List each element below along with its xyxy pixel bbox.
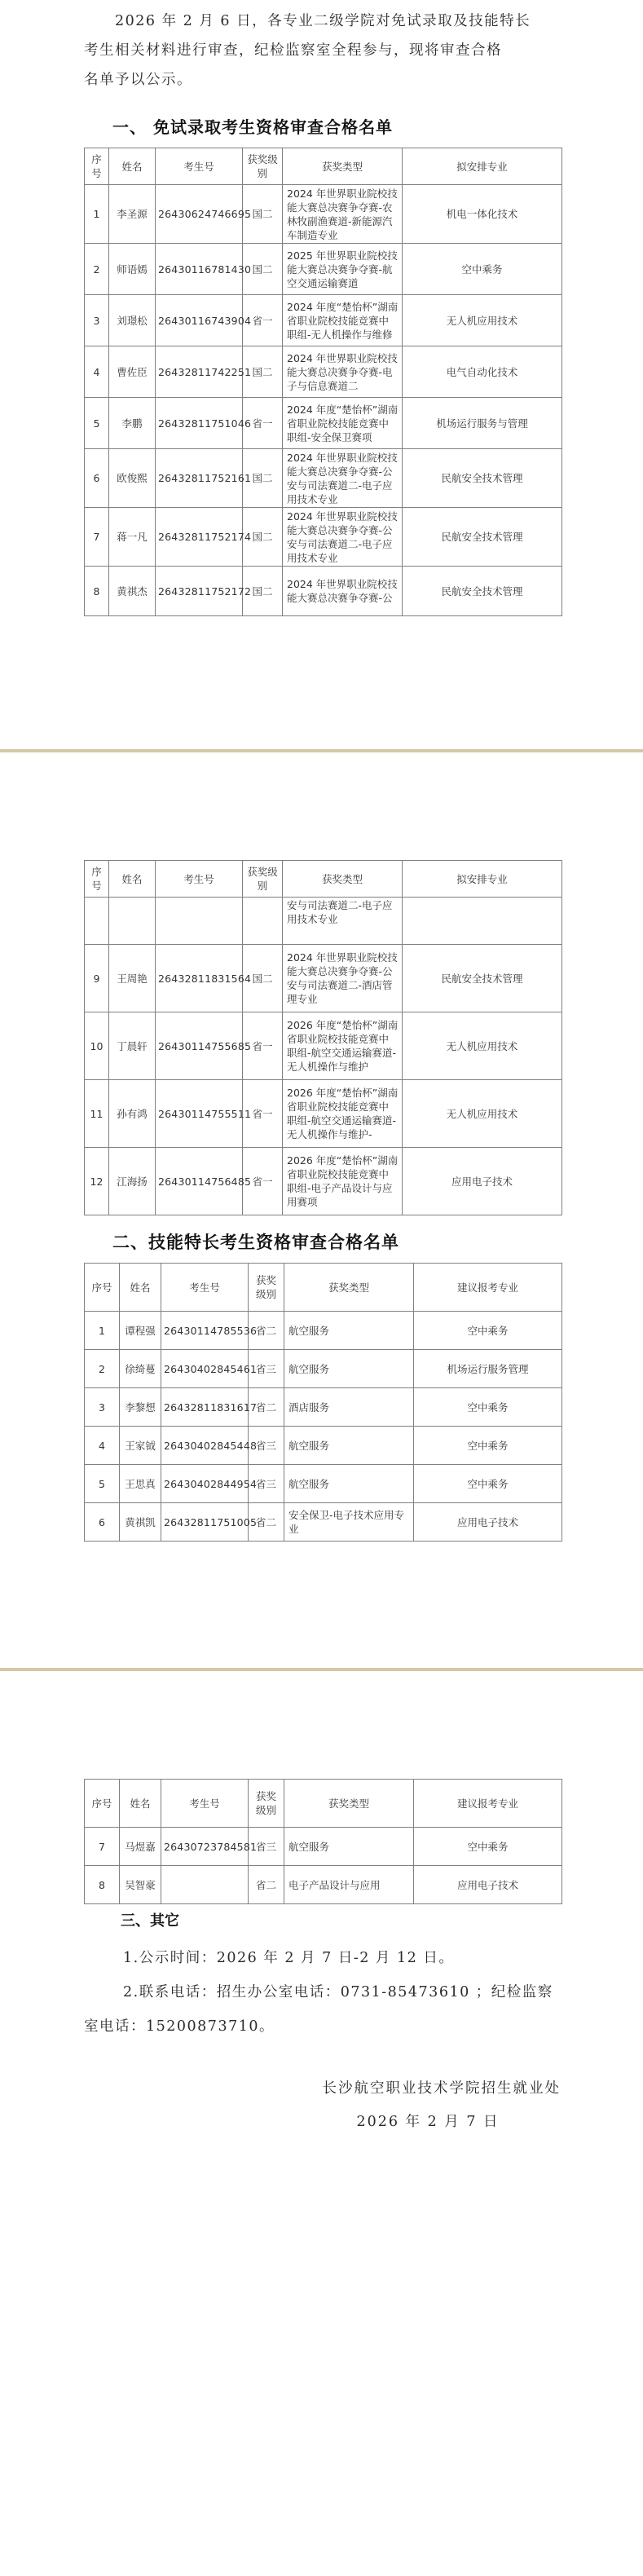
cell-name: 刘璟松 — [109, 295, 156, 346]
cell-major: 电气自动化技术 — [403, 346, 562, 398]
table-row: 7 马煜嘉 26430723784581 省三 航空服务 空中乘务 — [85, 1828, 562, 1866]
cell-award: 航空服务 — [284, 1427, 414, 1465]
table-row: 7 蒋一凡 26432811752174 国二 2024 年世界职业院校技能大赛… — [85, 508, 562, 567]
cell-level: 省二 — [249, 1866, 284, 1904]
cell-award: 2024 年世界职业院校技能大赛总决赛争夺赛-公安与司法赛道二-电子应用技术专业 — [283, 449, 403, 508]
cell-no: 1 — [85, 1312, 120, 1350]
cell-major: 应用电子技术 — [403, 1148, 562, 1215]
cell-id — [161, 1866, 249, 1904]
cell-no: 1 — [85, 185, 109, 244]
header-name: 姓名 — [109, 861, 156, 898]
intro-line-1: 2026 年 2 月 6 日，各专业二级学院对免试录取及技能特长 — [84, 7, 573, 36]
cell-id: 26432811742251 — [156, 346, 243, 398]
cell-name: 马煜嘉 — [120, 1828, 161, 1866]
cell-name: 曹佐臣 — [109, 346, 156, 398]
section2-table-continued: 序号 姓名 考生号 获奖级别 获奖类型 建议报考专业 7 马煜嘉 2643072… — [84, 1779, 562, 1904]
cell-award: 安与司法赛道二-电子应用技术专业 — [283, 898, 403, 945]
section3-body: 1.公示时间：2026 年 2 月 7 日-2 月 12 日。 2.联系电话：招… — [84, 1941, 573, 2044]
header-award: 获奖类型 — [283, 148, 403, 185]
cell-award: 2026 年度“楚怡杯”湖南省职业院校技能竞赛中职组-航空交通运输赛道-无人机操… — [283, 1012, 403, 1080]
cell-no: 9 — [85, 945, 109, 1012]
signature-date: 2026 年 2 月 7 日 — [338, 2112, 517, 2132]
cell-award: 2026 年度“楚怡杯”湖南省职业院校技能竞赛中职组-航空交通运输赛道-无人机操… — [283, 1080, 403, 1148]
table-row: 9 王周艳 26432811831564 国二 2024 年世界职业院校技能大赛… — [85, 945, 562, 1012]
cell-name: 谭程强 — [120, 1312, 161, 1350]
cell-id: 26432811831617 — [161, 1388, 249, 1427]
cell-id: 26432811751046 — [156, 398, 243, 449]
table-row: 1 谭程强 26430114785536 省二 航空服务 空中乘务 — [85, 1312, 562, 1350]
intro-line-2: 考生相关材料进行审查，纪检监察室全程参与，现将审查合格 — [84, 36, 573, 65]
cell-major: 民航安全技术管理 — [403, 567, 562, 616]
cell-name: 王思真 — [120, 1465, 161, 1503]
cell-id: 26430116781430 — [156, 244, 243, 295]
cell-award: 航空服务 — [284, 1350, 414, 1388]
header-level: 获奖级别 — [249, 1780, 284, 1828]
table-row: 11 孙有鸿 26430114755511 省一 2026 年度“楚怡杯”湖南省… — [85, 1080, 562, 1148]
cell-award: 2024 年世界职业院校技能大赛总决赛争夺赛-公安与司法赛道二-酒店管理专业 — [283, 945, 403, 1012]
cell-no — [85, 898, 109, 945]
notice-period: 1.公示时间：2026 年 2 月 7 日-2 月 12 日。 — [84, 1941, 573, 1975]
header-level: 获奖级别 — [243, 861, 283, 898]
cell-no: 5 — [85, 1465, 120, 1503]
cell-major: 空中乘务 — [403, 244, 562, 295]
header-name: 姓名 — [120, 1264, 161, 1312]
cell-major: 空中乘务 — [414, 1388, 562, 1427]
cell-level — [243, 898, 283, 945]
cell-major: 空中乘务 — [414, 1828, 562, 1866]
header-no: 序号 — [85, 861, 109, 898]
table-header-row: 序号 姓名 考生号 获奖级别 获奖类型 拟安排专业 — [85, 861, 562, 898]
cell-name: 黄祺杰 — [109, 567, 156, 616]
header-id: 考生号 — [161, 1780, 249, 1828]
cell-major: 应用电子技术 — [414, 1503, 562, 1542]
cell-id: 26430114785536 — [161, 1312, 249, 1350]
cell-name: 李圣源 — [109, 185, 156, 244]
cell-id: 26430114755511 — [156, 1080, 243, 1148]
cell-name: 李鹏 — [109, 398, 156, 449]
cell-id: 26432811751005 — [161, 1503, 249, 1542]
header-id: 考生号 — [156, 861, 243, 898]
section1-table: 序号 姓名 考生号 获奖级别 获奖类型 拟安排专业 1 李圣源 26430624… — [84, 148, 562, 616]
cell-id: 26432811752161 — [156, 449, 243, 508]
contact-line-1: 2.联系电话：招生办公室电话：0731-85473610 ；纪检监察 — [84, 1975, 573, 2009]
section1-table-continued: 序号 姓名 考生号 获奖级别 获奖类型 拟安排专业 安与司法赛道二-电子应用技术… — [84, 860, 562, 1215]
header-name: 姓名 — [120, 1780, 161, 1828]
header-no: 序号 — [85, 1264, 120, 1312]
header-level: 获奖级别 — [249, 1264, 284, 1312]
header-major: 拟安排专业 — [403, 148, 562, 185]
cell-award: 2024 年世界职业院校技能大赛总决赛争夺赛-农林牧副渔赛道-新能源汽车制造专业 — [283, 185, 403, 244]
cell-id — [156, 898, 243, 945]
cell-id: 26430402844954 — [161, 1465, 249, 1503]
cell-major: 无人机应用技术 — [403, 1012, 562, 1080]
header-award: 获奖类型 — [283, 861, 403, 898]
cell-no: 6 — [85, 449, 109, 508]
page-break-2 — [0, 1668, 643, 1671]
cell-name: 黄祺凯 — [120, 1503, 161, 1542]
table-row: 8 黄祺杰 26432811752172 国二 2024 年世界职业院校技能大赛… — [85, 567, 562, 616]
table-row: 2 徐绮蔓 26430402845461 省三 航空服务 机场运行服务管理 — [85, 1350, 562, 1388]
table-row: 1 李圣源 26430624746695 国二 2024 年世界职业院校技能大赛… — [85, 185, 562, 244]
cell-award: 安全保卫-电子技术应用专业 — [284, 1503, 414, 1542]
table-row: 5 李鹏 26432811751046 省一 2024 年度“楚怡杯”湖南省职业… — [85, 398, 562, 449]
cell-major: 民航安全技术管理 — [403, 508, 562, 567]
cell-major: 机场运行服务与管理 — [403, 398, 562, 449]
cell-no: 2 — [85, 244, 109, 295]
cell-award: 2024 年世界职业院校技能大赛总决赛争夺赛-公 — [283, 567, 403, 616]
header-major: 建议报考专业 — [414, 1780, 562, 1828]
cell-name: 徐绮蔓 — [120, 1350, 161, 1388]
table-header-row: 序号 姓名 考生号 获奖级别 获奖类型 拟安排专业 — [85, 148, 562, 185]
section2-title: 二、技能特长考生资格审查合格名单 — [112, 1229, 399, 1254]
cell-major: 无人机应用技术 — [403, 295, 562, 346]
cell-name: 孙有鸿 — [109, 1080, 156, 1148]
cell-major: 空中乘务 — [414, 1427, 562, 1465]
cell-major: 民航安全技术管理 — [403, 945, 562, 1012]
cell-name: 江海扬 — [109, 1148, 156, 1215]
table-header-row: 序号 姓名 考生号 获奖级别 获奖类型 建议报考专业 — [85, 1780, 562, 1828]
cell-id: 26430402845461 — [161, 1350, 249, 1388]
section3-title: 三、其它 — [121, 1909, 179, 1930]
table-row: 3 刘璟松 26430116743904 省一 2024 年度“楚怡杯”湖南省职… — [85, 295, 562, 346]
cell-id: 26430116743904 — [156, 295, 243, 346]
cell-no: 5 — [85, 398, 109, 449]
table-header-row: 序号 姓名 考生号 获奖级别 获奖类型 建议报考专业 — [85, 1264, 562, 1312]
cell-id: 26430624746695 — [156, 185, 243, 244]
table-row: 10 丁晨轩 26430114755685 省一 2026 年度“楚怡杯”湖南省… — [85, 1012, 562, 1080]
cell-award: 2024 年度“楚怡杯”湖南省职业院校技能竞赛中职组-无人机操作与维修 — [283, 295, 403, 346]
cell-major: 无人机应用技术 — [403, 1080, 562, 1148]
cell-no: 10 — [85, 1012, 109, 1080]
cell-name: 师语嫣 — [109, 244, 156, 295]
table-row: 5 王思真 26430402844954 省三 航空服务 空中乘务 — [85, 1465, 562, 1503]
table-row: 4 曹佐臣 26432811742251 国二 2024 年世界职业院校技能大赛… — [85, 346, 562, 398]
cell-name: 欧俊熙 — [109, 449, 156, 508]
cell-no: 7 — [85, 1828, 120, 1866]
cell-id: 26430723784581 — [161, 1828, 249, 1866]
cell-major: 应用电子技术 — [414, 1866, 562, 1904]
cell-id: 26432811831564 — [156, 945, 243, 1012]
cell-award: 2025 年世界职业院校技能大赛总决赛争夺赛-航空交通运输赛道 — [283, 244, 403, 295]
header-level: 获奖级别 — [243, 148, 283, 185]
header-award: 获奖类型 — [284, 1780, 414, 1828]
cell-award: 航空服务 — [284, 1312, 414, 1350]
cell-name: 蒋一凡 — [109, 508, 156, 567]
cell-id: 26430402845448 — [161, 1427, 249, 1465]
header-major: 拟安排专业 — [403, 861, 562, 898]
header-award: 获奖类型 — [284, 1264, 414, 1312]
cell-major: 空中乘务 — [414, 1312, 562, 1350]
cell-no: 3 — [85, 1388, 120, 1427]
cell-major: 机场运行服务管理 — [414, 1350, 562, 1388]
cell-name: 王家钺 — [120, 1427, 161, 1465]
cell-award: 2026 年度“楚怡杯”湖南省职业院校技能竞赛中职组-电子产品设计与应用赛项 — [283, 1148, 403, 1215]
cell-id: 26430114756485 — [156, 1148, 243, 1215]
table-row: 6 欧俊熙 26432811752161 国二 2024 年世界职业院校技能大赛… — [85, 449, 562, 508]
table-row: 安与司法赛道二-电子应用技术专业 — [85, 898, 562, 945]
header-no: 序号 — [85, 148, 109, 185]
cell-id: 26430114755685 — [156, 1012, 243, 1080]
cell-no: 12 — [85, 1148, 109, 1215]
cell-no: 4 — [85, 1427, 120, 1465]
cell-major — [403, 898, 562, 945]
intro-line-3: 名单予以公示。 — [84, 65, 573, 95]
cell-award: 酒店服务 — [284, 1388, 414, 1427]
table-row: 12 江海扬 26430114756485 省一 2026 年度“楚怡杯”湖南省… — [85, 1148, 562, 1215]
cell-major: 空中乘务 — [414, 1465, 562, 1503]
contact-line-2: 室电话：15200873710。 — [84, 2009, 573, 2044]
cell-name: 王周艳 — [109, 945, 156, 1012]
cell-no: 8 — [85, 1866, 120, 1904]
intro-paragraph: 2026 年 2 月 6 日，各专业二级学院对免试录取及技能特长 考生相关材料进… — [84, 7, 573, 95]
header-major: 建议报考专业 — [414, 1264, 562, 1312]
table-row: 3 李黎想 26432811831617 省二 酒店服务 空中乘务 — [85, 1388, 562, 1427]
header-name: 姓名 — [109, 148, 156, 185]
header-no: 序号 — [85, 1780, 120, 1828]
cell-no: 3 — [85, 295, 109, 346]
cell-award: 2024 年世界职业院校技能大赛总决赛争夺赛-电子与信息赛道二 — [283, 346, 403, 398]
cell-name — [109, 898, 156, 945]
table-row: 8 吴智豪 省二 电子产品设计与应用 应用电子技术 — [85, 1866, 562, 1904]
cell-name: 吴智豪 — [120, 1866, 161, 1904]
signature-org: 长沙航空职业技术学院招生就业处 — [300, 2079, 561, 2098]
cell-name: 李黎想 — [120, 1388, 161, 1427]
cell-no: 2 — [85, 1350, 120, 1388]
table-row: 4 王家钺 26430402845448 省三 航空服务 空中乘务 — [85, 1427, 562, 1465]
table-row: 6 黄祺凯 26432811751005 省二 安全保卫-电子技术应用专业 应用… — [85, 1503, 562, 1542]
cell-id: 26432811752174 — [156, 508, 243, 567]
cell-major: 民航安全技术管理 — [403, 449, 562, 508]
cell-no: 11 — [85, 1080, 109, 1148]
cell-award: 航空服务 — [284, 1828, 414, 1866]
cell-award: 电子产品设计与应用 — [284, 1866, 414, 1904]
header-id: 考生号 — [156, 148, 243, 185]
cell-award: 2024 年世界职业院校技能大赛总决赛争夺赛-公安与司法赛道二-电子应用技术专业 — [283, 508, 403, 567]
cell-no: 6 — [85, 1503, 120, 1542]
cell-no: 7 — [85, 508, 109, 567]
cell-award: 航空服务 — [284, 1465, 414, 1503]
cell-no: 4 — [85, 346, 109, 398]
header-id: 考生号 — [161, 1264, 249, 1312]
cell-no: 8 — [85, 567, 109, 616]
cell-name: 丁晨轩 — [109, 1012, 156, 1080]
page-break-1 — [0, 749, 643, 752]
cell-award: 2024 年度“楚怡杯”湖南省职业院校技能竞赛中职组-安全保卫赛项 — [283, 398, 403, 449]
section2-table: 序号 姓名 考生号 获奖级别 获奖类型 建议报考专业 1 谭程强 2643011… — [84, 1263, 562, 1542]
table-row: 2 师语嫣 26430116781430 国二 2025 年世界职业院校技能大赛… — [85, 244, 562, 295]
section1-title: 一、 免试录取考生资格审查合格名单 — [112, 114, 393, 138]
cell-id: 26432811752172 — [156, 567, 243, 616]
cell-major: 机电一体化技术 — [403, 185, 562, 244]
